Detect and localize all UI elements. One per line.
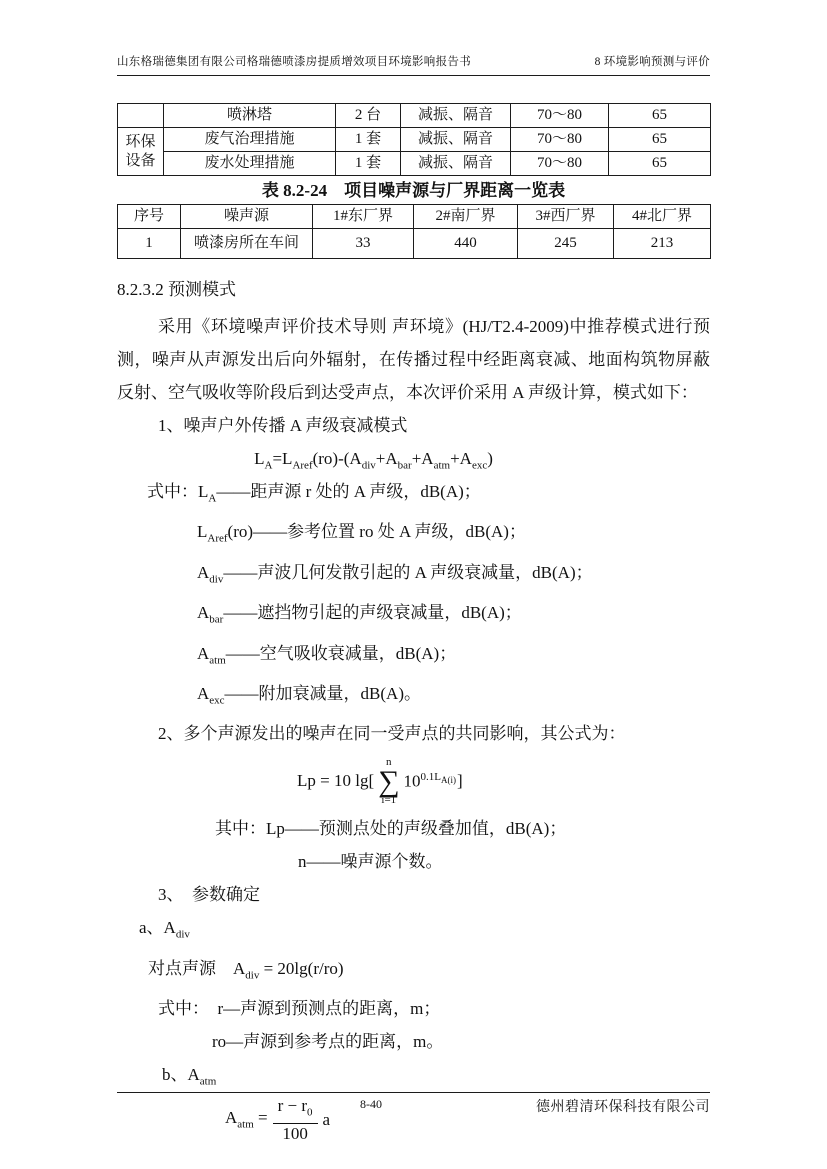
table-cell: 440: [414, 229, 518, 259]
equipment-noise-table: 喷淋塔 2 台 减振、隔音 70～80 65 环保设备 废气治理措施 1 套 减…: [117, 103, 711, 176]
fraction-denominator: 100: [282, 1124, 308, 1143]
table-cell: 减振、隔音: [401, 128, 511, 152]
power-base: 10: [404, 772, 421, 791]
column-header: 1#东厂界: [313, 205, 414, 229]
term-def-laref: LAref(ro)——参考位置 ro 处 A 声级，dB(A)；: [117, 515, 710, 555]
table-cell: 65: [609, 152, 711, 176]
table-row: 喷淋塔 2 台 减振、隔音 70～80 65: [118, 104, 711, 128]
power-exponent: 0.1LA(i): [421, 771, 456, 783]
page-content: 山东格瑞德集团有限公司格瑞德喷漆房提质增效项目环境影响报告书 8 环境影响预测与…: [117, 0, 710, 1141]
table-cell: 65: [609, 104, 711, 128]
term-def-adiv: Adiv——声波几何发散引起的 A 声级衰减量，dB(A)；: [117, 556, 710, 596]
table-cell: 废气治理措施: [164, 128, 336, 152]
table-cell: 1 套: [336, 128, 401, 152]
table-cell-merged: 环保设备: [118, 128, 164, 176]
table-cell: [118, 104, 164, 128]
table-row: 1 喷漆房所在车间 33 440 245 213: [118, 229, 711, 259]
table-cell: 70～80: [511, 128, 609, 152]
formula-adiv: 对点声源 Adiv = 20lg(r/ro): [117, 952, 710, 992]
table-cell: 废水处理措施: [164, 152, 336, 176]
table-cell: 2 台: [336, 104, 401, 128]
term-def-abar: Abar——遮挡物引起的声级衰减量，dB(A)；: [117, 596, 710, 636]
term-def-lp: 其中：Lp——预测点处的声级叠加值，dB(A)；: [117, 812, 710, 845]
column-header: 2#南厂界: [414, 205, 518, 229]
table-cell: 70～80: [511, 152, 609, 176]
section-heading: 8.2.3.2 预测模式: [117, 279, 710, 301]
sub-item-a: a、Adiv: [117, 911, 710, 951]
term-def-ro: ro—声源到参考点的距离，m。: [117, 1025, 710, 1058]
table-row: 环保设备 废气治理措施 1 套 减振、隔音 70～80 65: [118, 128, 711, 152]
column-header: 噪声源: [181, 205, 313, 229]
page-header: 山东格瑞德集团有限公司格瑞德喷漆房提质增效项目环境影响报告书 8 环境影响预测与…: [117, 53, 710, 76]
formula-lp-prefix: Lp = 10 lg[: [297, 771, 374, 791]
table-row: 废水处理措施 1 套 减振、隔音 70～80 65: [118, 152, 711, 176]
formula-lp-suffix: ]: [457, 771, 463, 791]
column-header: 4#北厂界: [614, 205, 711, 229]
document-page: 山东格瑞德集团有限公司格瑞德喷漆房提质增效项目环境影响报告书 8 环境影响预测与…: [0, 0, 827, 1169]
table-cell: 减振、隔音: [401, 152, 511, 176]
table-cell: 喷漆房所在车间: [181, 229, 313, 259]
noise-distance-table: 序号 噪声源 1#东厂界 2#南厂界 3#西厂界 4#北厂界 1 喷漆房所在车间…: [117, 204, 711, 259]
table-cell: 减振、隔音: [401, 104, 511, 128]
formula-la: LA=LAref(ro)-(Adiv+Abar+Aatm+Aexc): [117, 442, 710, 475]
table-cell: 喷淋塔: [164, 104, 336, 128]
column-header: 序号: [118, 205, 181, 229]
header-doc-title: 山东格瑞德集团有限公司格瑞德喷漆房提质增效项目环境影响报告书: [117, 53, 471, 69]
table-header-row: 序号 噪声源 1#东厂界 2#南厂界 3#西厂界 4#北厂界: [118, 205, 711, 229]
header-chapter: 8 环境影响预测与评价: [595, 53, 710, 69]
sigma-icon: ∑: [378, 768, 399, 795]
sigma-lower-limit: i=1: [381, 795, 396, 806]
term-def-r: 式中： r—声源到预测点的距离，m；: [117, 992, 710, 1025]
table-cell: 1: [118, 229, 181, 259]
column-header: 3#西厂界: [518, 205, 614, 229]
list-item-3: 3、 参数确定: [117, 878, 710, 911]
term-def-aatm: Aatm——空气吸收衰减量，dB(A)；: [117, 637, 710, 677]
table-title: 表 8.2-24 项目噪声源与厂界距离一览表: [117, 180, 710, 202]
term-def-aexc: Aexc——附加衰减量，dB(A)。: [117, 677, 710, 717]
term-def-la: 式中：LA——距声源 r 处的 A 声级，dB(A)；: [117, 475, 710, 515]
table-cell: 65: [609, 128, 711, 152]
table-cell: 245: [518, 229, 614, 259]
list-item-1: 1、噪声户外传播 A 声级衰减模式: [117, 409, 710, 442]
page-footer: 8-40 德州碧清环保科技有限公司: [117, 1092, 710, 1116]
sigma-stack: n ∑ i=1: [378, 757, 399, 806]
footer-company: 德州碧清环保科技有限公司: [536, 1096, 710, 1116]
term-def-n: n——噪声源个数。: [117, 845, 710, 878]
formula-lp: Lp = 10 lg[ n ∑ i=1 100.1LA(i) ]: [117, 750, 710, 812]
list-item-2: 2、多个声源发出的噪声在同一受声点的共同影响，其公式为：: [117, 717, 710, 750]
table-cell: 1 套: [336, 152, 401, 176]
power-term: 100.1LA(i): [404, 771, 456, 792]
intro-paragraph: 采用《环境噪声评价技术导则 声环境》(HJ/T2.4-2009)中推荐模式进行预…: [117, 310, 710, 409]
table-cell: 70～80: [511, 104, 609, 128]
table-cell: 213: [614, 229, 711, 259]
page-number: 8-40: [360, 1097, 382, 1112]
table-cell: 33: [313, 229, 414, 259]
